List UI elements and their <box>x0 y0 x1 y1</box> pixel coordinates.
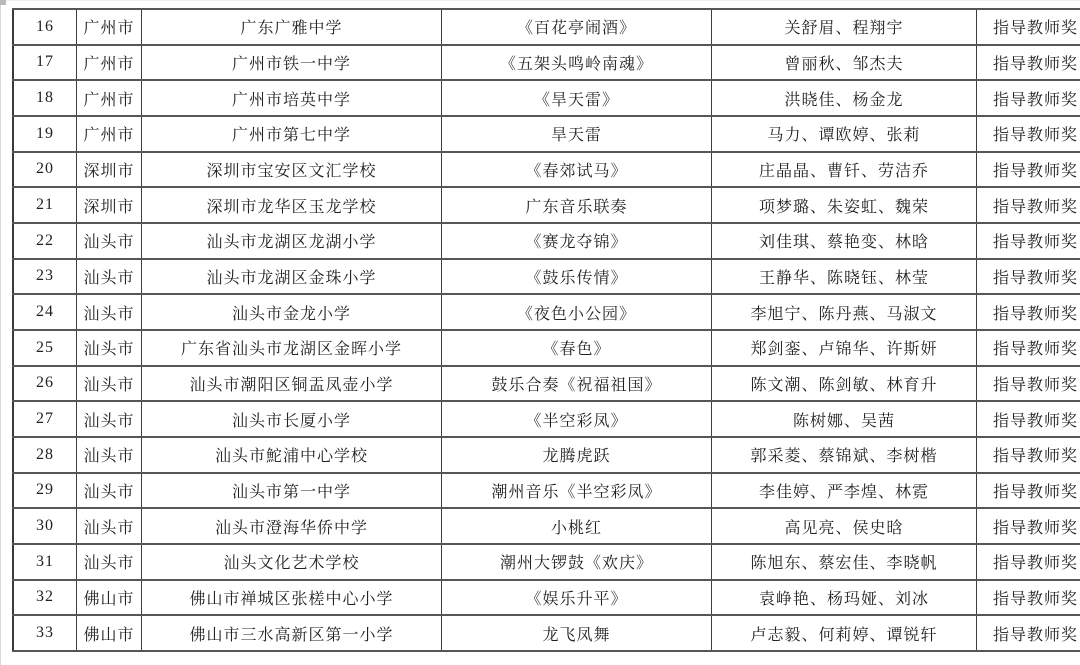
piece-cell: 鼓乐合奏《祝福祖国》 <box>442 366 712 402</box>
scan-edge-left <box>0 0 1 665</box>
city-cell: 广州市 <box>77 80 142 116</box>
row-number-cell: 23 <box>13 259 77 295</box>
piece-cell: 潮州音乐《半空彩凤》 <box>442 473 712 509</box>
school-cell: 汕头市第一中学 <box>142 473 442 509</box>
scan-corner-artifact <box>0 0 6 5</box>
city-cell: 深圳市 <box>77 187 142 223</box>
names-cell: 曾丽秋、邹杰夫 <box>712 45 977 81</box>
award-cell: 指导教师奖 <box>977 330 1080 366</box>
row-number-cell: 28 <box>13 437 77 473</box>
city-cell: 汕头市 <box>77 508 142 544</box>
school-cell: 汕头市鮀浦中心学校 <box>142 437 442 473</box>
city-cell: 佛山市 <box>77 615 142 651</box>
names-cell: 李佳婷、严李煌、林霓 <box>712 473 977 509</box>
table-row: 27汕头市汕头市长厦小学《半空彩凤》陈树娜、吴茜指导教师奖 <box>13 401 1080 437</box>
piece-cell: 小桃红 <box>442 508 712 544</box>
award-cell: 指导教师奖 <box>977 544 1080 580</box>
city-cell: 广州市 <box>77 116 142 152</box>
names-cell: 刘佳琪、蔡艳变、林晗 <box>712 223 977 259</box>
table-row: 20深圳市深圳市宝安区文汇学校《春郊试马》庄晶晶、曹钎、劳洁乔指导教师奖 <box>13 152 1080 188</box>
piece-cell: 龙飞凤舞 <box>442 615 712 651</box>
school-cell: 佛山市三水高新区第一小学 <box>142 615 442 651</box>
award-cell: 指导教师奖 <box>977 366 1080 402</box>
row-number-cell: 26 <box>13 366 77 402</box>
names-cell: 项梦璐、朱姿虹、魏荣 <box>712 187 977 223</box>
row-number-cell: 22 <box>13 223 77 259</box>
school-cell: 汕头文化艺术学校 <box>142 544 442 580</box>
city-cell: 汕头市 <box>77 259 142 295</box>
table-row: 30汕头市汕头市澄海华侨中学小桃红高见亮、侯史晗指导教师奖 <box>13 508 1080 544</box>
table-row: 33佛山市佛山市三水高新区第一小学龙飞凤舞卢志毅、何莉婷、谭锐轩指导教师奖 <box>13 615 1080 651</box>
table-row: 28汕头市汕头市鮀浦中心学校龙腾虎跃郭采菱、蔡锦斌、李树楷指导教师奖 <box>13 437 1080 473</box>
piece-cell: 《娱乐升平》 <box>442 580 712 616</box>
row-number-cell: 20 <box>13 152 77 188</box>
school-cell: 汕头市潮阳区铜盂凤壶小学 <box>142 366 442 402</box>
award-cell: 指导教师奖 <box>977 187 1080 223</box>
row-number-cell: 17 <box>13 45 77 81</box>
award-cell: 指导教师奖 <box>977 116 1080 152</box>
table-row: 16广州市广东广雅中学《百花亭闹酒》关舒眉、程翔宇指导教师奖 <box>13 9 1080 45</box>
piece-cell: 《春郊试马》 <box>442 152 712 188</box>
school-cell: 佛山市禅城区张槎中心小学 <box>142 580 442 616</box>
award-cell: 指导教师奖 <box>977 580 1080 616</box>
piece-cell: 《赛龙夺锦》 <box>442 223 712 259</box>
city-cell: 汕头市 <box>77 366 142 402</box>
row-number-cell: 27 <box>13 401 77 437</box>
piece-cell: 广东音乐联奏 <box>442 187 712 223</box>
award-cell: 指导教师奖 <box>977 294 1080 330</box>
row-number-cell: 33 <box>13 615 77 651</box>
names-cell: 王静华、陈晓钰、林莹 <box>712 259 977 295</box>
award-cell: 指导教师奖 <box>977 615 1080 651</box>
piece-cell: 《旱天雷》 <box>442 80 712 116</box>
city-cell: 汕头市 <box>77 544 142 580</box>
row-number-cell: 25 <box>13 330 77 366</box>
city-cell: 汕头市 <box>77 330 142 366</box>
city-cell: 深圳市 <box>77 152 142 188</box>
school-cell: 汕头市长厦小学 <box>142 401 442 437</box>
scan-edge-top <box>0 0 1080 1</box>
award-cell: 指导教师奖 <box>977 437 1080 473</box>
school-cell: 广州市培英中学 <box>142 80 442 116</box>
piece-cell: 《五架头鸣岭南魂》 <box>442 45 712 81</box>
school-cell: 汕头市金龙小学 <box>142 294 442 330</box>
city-cell: 汕头市 <box>77 473 142 509</box>
school-cell: 深圳市宝安区文汇学校 <box>142 152 442 188</box>
award-cell: 指导教师奖 <box>977 9 1080 45</box>
row-number-cell: 29 <box>13 473 77 509</box>
row-number-cell: 18 <box>13 80 77 116</box>
city-cell: 佛山市 <box>77 580 142 616</box>
award-cell: 指导教师奖 <box>977 508 1080 544</box>
row-number-cell: 31 <box>13 544 77 580</box>
piece-cell: 龙腾虎跃 <box>442 437 712 473</box>
names-cell: 李旭宁、陈丹燕、马淑文 <box>712 294 977 330</box>
table-row: 21深圳市深圳市龙华区玉龙学校广东音乐联奏项梦璐、朱姿虹、魏荣指导教师奖 <box>13 187 1080 223</box>
row-number-cell: 30 <box>13 508 77 544</box>
table-row: 24汕头市汕头市金龙小学《夜色小公园》李旭宁、陈丹燕、马淑文指导教师奖 <box>13 294 1080 330</box>
piece-cell: 旱天雷 <box>442 116 712 152</box>
names-cell: 洪晓佳、杨金龙 <box>712 80 977 116</box>
city-cell: 汕头市 <box>77 401 142 437</box>
row-number-cell: 32 <box>13 580 77 616</box>
school-cell: 广州市铁一中学 <box>142 45 442 81</box>
school-cell: 汕头市龙湖区龙湖小学 <box>142 223 442 259</box>
table-row: 32佛山市佛山市禅城区张槎中心小学《娱乐升平》袁峥艳、杨玛娅、刘冰指导教师奖 <box>13 580 1080 616</box>
table-row: 26汕头市汕头市潮阳区铜盂凤壶小学鼓乐合奏《祝福祖国》陈文潮、陈剑敏、林育升指导… <box>13 366 1080 402</box>
school-cell: 广东省汕头市龙湖区金晖小学 <box>142 330 442 366</box>
table-row: 19广州市广州市第七中学旱天雷马力、谭欧婷、张莉指导教师奖 <box>13 116 1080 152</box>
document-page: 16广州市广东广雅中学《百花亭闹酒》关舒眉、程翔宇指导教师奖17广州市广州市铁一… <box>0 0 1080 665</box>
row-number-cell: 16 <box>13 9 77 45</box>
award-cell: 指导教师奖 <box>977 473 1080 509</box>
table-row: 17广州市广州市铁一中学《五架头鸣岭南魂》曾丽秋、邹杰夫指导教师奖 <box>13 45 1080 81</box>
table-row: 18广州市广州市培英中学《旱天雷》洪晓佳、杨金龙指导教师奖 <box>13 80 1080 116</box>
names-cell: 关舒眉、程翔宇 <box>712 9 977 45</box>
school-cell: 广州市第七中学 <box>142 116 442 152</box>
piece-cell: 《春色》 <box>442 330 712 366</box>
names-cell: 陈树娜、吴茜 <box>712 401 977 437</box>
award-cell: 指导教师奖 <box>977 223 1080 259</box>
row-number-cell: 19 <box>13 116 77 152</box>
city-cell: 广州市 <box>77 9 142 45</box>
piece-cell: 《夜色小公园》 <box>442 294 712 330</box>
names-cell: 陈旭东、蔡宏佳、李晓帆 <box>712 544 977 580</box>
city-cell: 汕头市 <box>77 223 142 259</box>
table-row: 31汕头市汕头文化艺术学校潮州大锣鼓《欢庆》陈旭东、蔡宏佳、李晓帆指导教师奖 <box>13 544 1080 580</box>
award-cell: 指导教师奖 <box>977 401 1080 437</box>
names-cell: 陈文潮、陈剑敏、林育升 <box>712 366 977 402</box>
names-cell: 袁峥艳、杨玛娅、刘冰 <box>712 580 977 616</box>
award-cell: 指导教师奖 <box>977 80 1080 116</box>
piece-cell: 《百花亭闹酒》 <box>442 9 712 45</box>
names-cell: 郭采菱、蔡锦斌、李树楷 <box>712 437 977 473</box>
award-table-body: 16广州市广东广雅中学《百花亭闹酒》关舒眉、程翔宇指导教师奖17广州市广州市铁一… <box>13 9 1080 651</box>
award-cell: 指导教师奖 <box>977 259 1080 295</box>
school-cell: 广东广雅中学 <box>142 9 442 45</box>
row-number-cell: 21 <box>13 187 77 223</box>
city-cell: 汕头市 <box>77 294 142 330</box>
table-row: 22汕头市汕头市龙湖区龙湖小学《赛龙夺锦》刘佳琪、蔡艳变、林晗指导教师奖 <box>13 223 1080 259</box>
names-cell: 郑剑銮、卢锦华、许斯妍 <box>712 330 977 366</box>
award-cell: 指导教师奖 <box>977 152 1080 188</box>
school-cell: 汕头市龙湖区金珠小学 <box>142 259 442 295</box>
names-cell: 马力、谭欧婷、张莉 <box>712 116 977 152</box>
city-cell: 广州市 <box>77 45 142 81</box>
names-cell: 卢志毅、何莉婷、谭锐轩 <box>712 615 977 651</box>
city-cell: 汕头市 <box>77 437 142 473</box>
school-cell: 深圳市龙华区玉龙学校 <box>142 187 442 223</box>
names-cell: 庄晶晶、曹钎、劳洁乔 <box>712 152 977 188</box>
piece-cell: 《半空彩凤》 <box>442 401 712 437</box>
table-row: 25汕头市广东省汕头市龙湖区金晖小学《春色》郑剑銮、卢锦华、许斯妍指导教师奖 <box>13 330 1080 366</box>
table-row: 29汕头市汕头市第一中学潮州音乐《半空彩凤》李佳婷、严李煌、林霓指导教师奖 <box>13 473 1080 509</box>
names-cell: 高见亮、侯史晗 <box>712 508 977 544</box>
school-cell: 汕头市澄海华侨中学 <box>142 508 442 544</box>
row-number-cell: 24 <box>13 294 77 330</box>
piece-cell: 潮州大锣鼓《欢庆》 <box>442 544 712 580</box>
table-row: 23汕头市汕头市龙湖区金珠小学《鼓乐传情》王静华、陈晓钰、林莹指导教师奖 <box>13 259 1080 295</box>
piece-cell: 《鼓乐传情》 <box>442 259 712 295</box>
award-table: 16广州市广东广雅中学《百花亭闹酒》关舒眉、程翔宇指导教师奖17广州市广州市铁一… <box>12 8 1080 652</box>
award-cell: 指导教师奖 <box>977 45 1080 81</box>
